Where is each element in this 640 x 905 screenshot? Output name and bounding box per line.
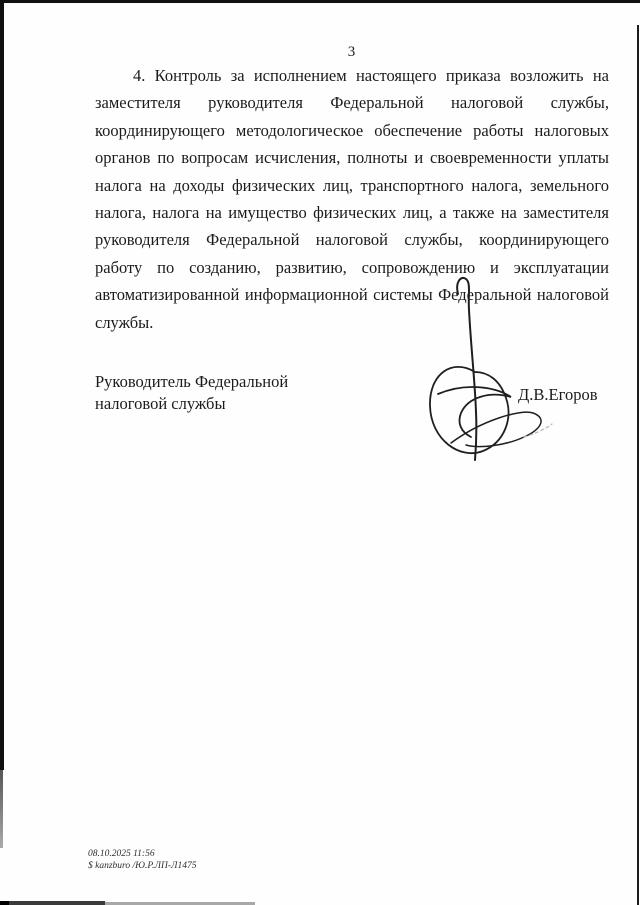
- scan-border-left-fade: [0, 770, 3, 848]
- scan-border-bottom: [0, 901, 105, 905]
- signature-icon: [420, 270, 560, 470]
- signer-name: Д.В.Егоров: [518, 385, 598, 405]
- footer-stamp: $ kanzburo /Ю.Р.ЛП-Л1475: [88, 860, 196, 872]
- signatory-title-line2: налоговой службы: [95, 394, 226, 413]
- scan-border-top: [0, 0, 640, 3]
- footer-timestamp: 08.10.2025 11:56: [88, 848, 196, 860]
- document-page: 3 4. Контроль за исполнением настоящего …: [0, 0, 640, 905]
- signatory-title: Руководитель Федеральной налоговой служб…: [95, 371, 288, 414]
- page-number: 3: [95, 44, 608, 61]
- signatory-title-line1: Руководитель Федеральной: [95, 372, 288, 391]
- scan-border-left: [0, 0, 4, 770]
- scan-border-bottom-edge: [0, 901, 9, 905]
- scan-border-right: [637, 25, 639, 905]
- footer-stamp-block: 08.10.2025 11:56 $ kanzburo /Ю.Р.ЛП-Л147…: [88, 848, 196, 872]
